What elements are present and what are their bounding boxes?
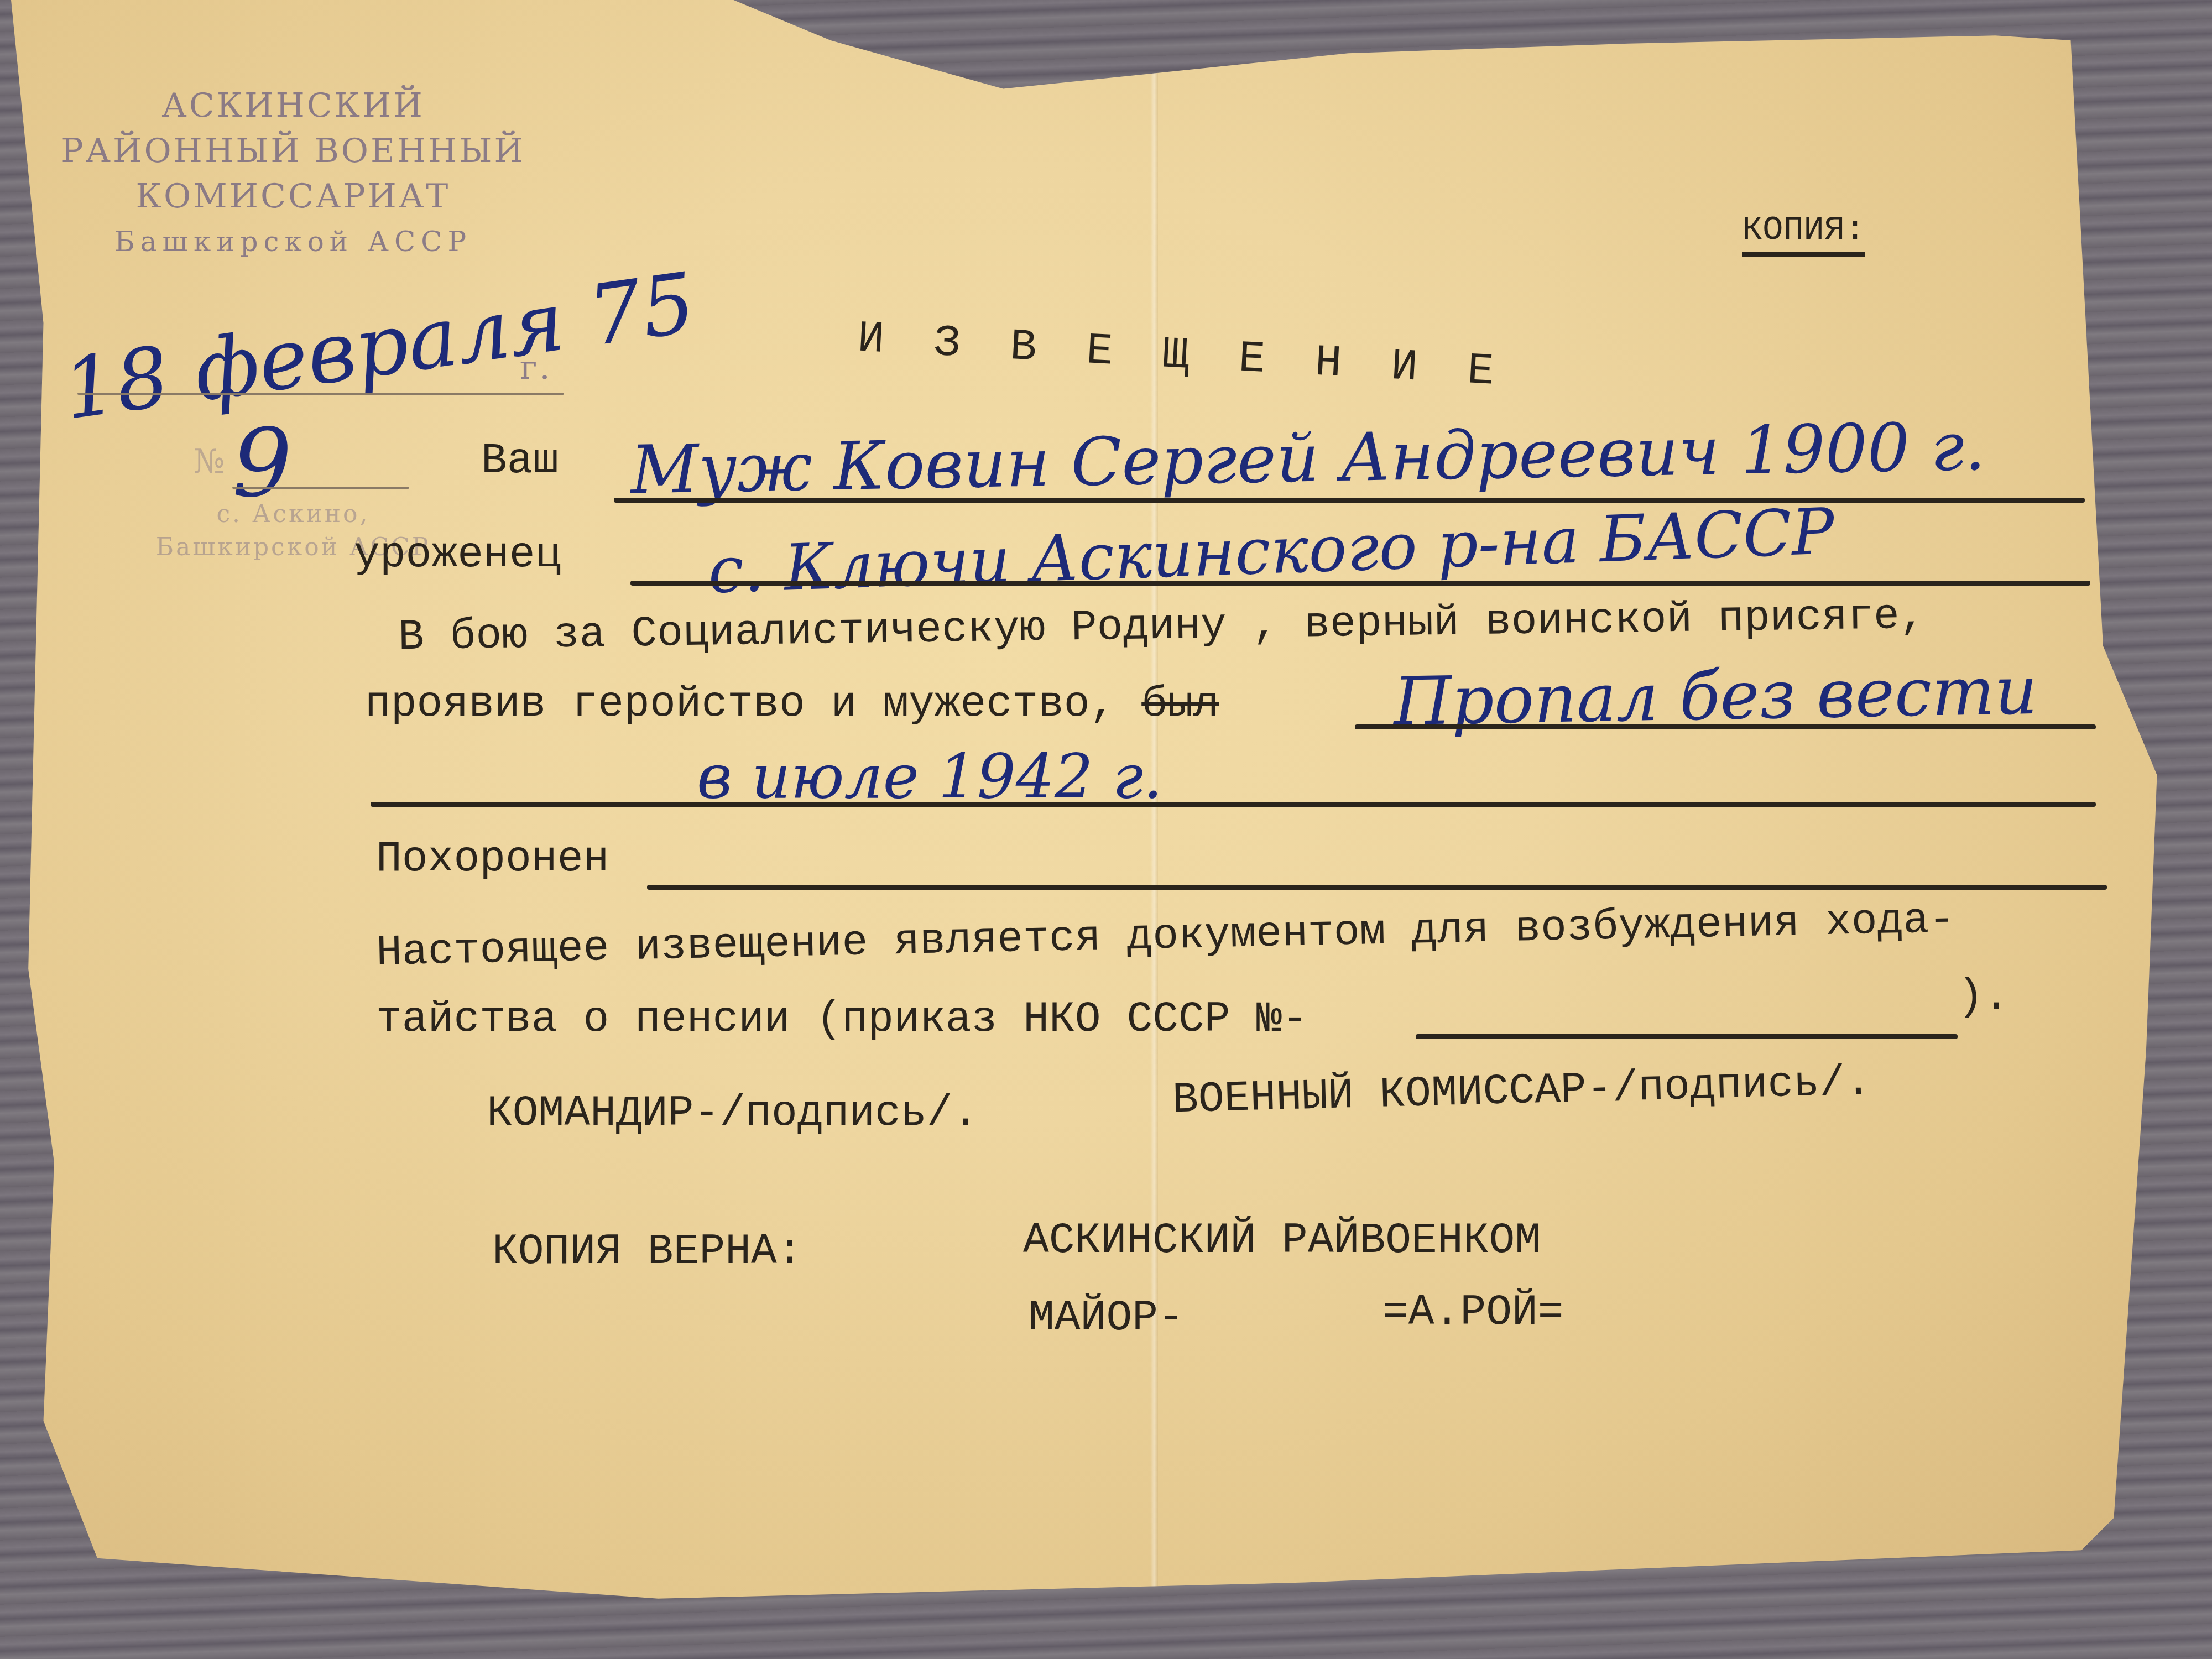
stamp-line: Башкирской АССР [44, 219, 542, 264]
native-label: уроженец [354, 531, 561, 580]
officer-rank: МАЙОР- [1029, 1294, 1184, 1343]
native-line [630, 581, 2090, 586]
officer-name: =А.РОЙ= [1383, 1288, 1564, 1337]
commissariat-stamp: АСКИНСКИЙ РАЙОННЫЙ ВОЕННЫЙ КОМИССАРИАТ Б… [44, 83, 542, 264]
copy-certified-label: КОПИЯ ВЕРНА: [492, 1228, 803, 1276]
notice-line-2-prefix: тайства о пенсии (приказ НКО СССР №- [376, 995, 1308, 1044]
document-title: ИЗВЕЩЕНИЕ [856, 314, 1545, 400]
native-value[interactable]: с. Ключи Аскинского р-на БАССР [707, 494, 1835, 608]
buried-label: Похоронен [376, 835, 609, 884]
copy-label: КОПИЯ: [1742, 210, 1865, 257]
number-label: № [194, 442, 227, 481]
number-handwritten: 9 [232, 409, 292, 519]
place-line: с. Аскино, [155, 498, 431, 531]
struck-word: был [1141, 680, 1219, 729]
buried-line [647, 885, 2107, 890]
commander-signature: КОМАНДИР-/подпись/. [487, 1089, 978, 1138]
document-paper: АСКИНСКИЙ РАЙОННЫЙ ВОЕННЫЙ КОМИССАРИАТ Б… [11, 0, 2168, 1615]
number-line [232, 487, 409, 489]
office-name: АСКИНСКИЙ РАЙВОЕНКОМ [1023, 1217, 1541, 1265]
date-suffix: г. [520, 348, 552, 387]
status-value-line-2[interactable]: в июле 1942 г. [697, 741, 1162, 812]
stamp-line: АСКИНСКИЙ [44, 83, 542, 128]
body-line-2: проявив геройство и мужество, был [365, 680, 1219, 729]
your-value[interactable]: Муж Ковин Сергей Андреевич 1900 г. [630, 409, 1986, 509]
order-number-line [1416, 1034, 1958, 1039]
body-line-2-prefix: проявив геройство и мужество, [365, 680, 1115, 729]
body-line-1: В бою за Социалистическую Родину , верны… [398, 592, 1926, 662]
date-handwritten: 18 февраля 75 [57, 255, 701, 439]
stamp-line: РАЙОННЫЙ ВОЕННЫЙ [44, 128, 542, 174]
notice-line-2: тайства о пенсии (приказ НКО СССР №- [376, 995, 1308, 1044]
date-line [77, 393, 564, 395]
notice-line-2-suffix: ). [1958, 973, 2010, 1022]
status-line-2 [371, 802, 2096, 807]
notice-line-1: Настоящее извещение является документом … [375, 896, 1955, 978]
your-label: Ваш [481, 437, 559, 486]
stamp-line: КОМИССАРИАТ [44, 174, 542, 219]
commissar-signature: ВОЕННЫЙ КОМИССАР-/подпись/. [1172, 1058, 1872, 1125]
your-line [614, 498, 2085, 503]
status-line [1355, 724, 2096, 729]
